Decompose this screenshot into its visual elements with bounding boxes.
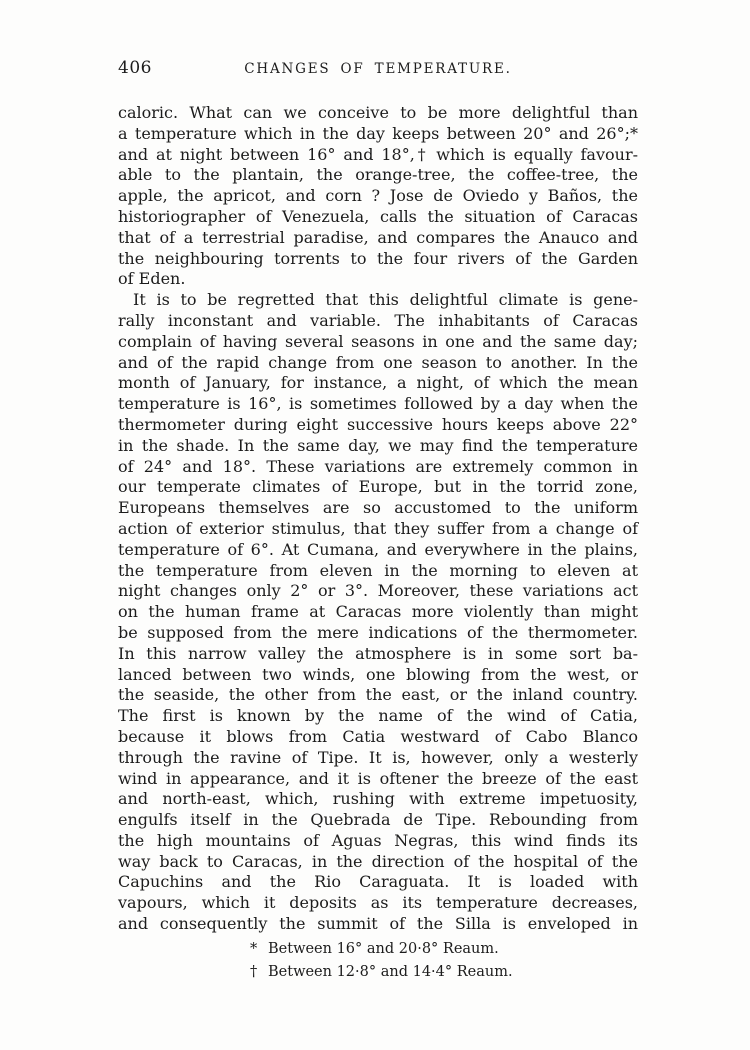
- text-line: wind in appearance, and it is oftener th…: [118, 769, 638, 790]
- footnote-line: *Between 16° and 20·8° Reaum.: [250, 938, 650, 961]
- text-line: vapours, which it deposits as its temper…: [118, 893, 638, 914]
- text-line: lanced between two winds, one blowing fr…: [118, 665, 638, 686]
- text-line: of 24° and 18°. These variations are ext…: [118, 457, 638, 478]
- running-title: CHANGES OF TEMPERATURE.: [118, 61, 638, 77]
- footnote-symbol: *: [250, 938, 268, 961]
- footnote-symbol: †: [250, 961, 268, 984]
- footnotes: *Between 16° and 20·8° Reaum.†Between 12…: [250, 938, 650, 983]
- text-line: It is to be regretted that this delightf…: [118, 290, 638, 311]
- body-text: caloric. What can we conceive to be more…: [118, 103, 638, 935]
- text-line: caloric. What can we conceive to be more…: [118, 103, 638, 124]
- text-line: engulfs itself in the Quebrada de Tipe. …: [118, 810, 638, 831]
- text-line: The first is known by the name of the wi…: [118, 706, 638, 727]
- footnote-text: Between 16° and 20·8° Reaum.: [268, 938, 650, 961]
- text-line: be supposed from the mere indications of…: [118, 623, 638, 644]
- text-line: month of January, for instance, a night,…: [118, 373, 638, 394]
- text-line: temperature of 6°. At Cumana, and everyw…: [118, 540, 638, 561]
- text-line: Capuchins and the Rio Caraguata. It is l…: [118, 872, 638, 893]
- text-line: because it blows from Catia westward of …: [118, 727, 638, 748]
- text-line: and consequently the summit of the Silla…: [118, 914, 638, 935]
- text-line: historiographer of Venezuela, calls the …: [118, 207, 638, 228]
- text-line: able to the plantain, the orange-tree, t…: [118, 165, 638, 186]
- text-line: on the human frame at Caracas more viole…: [118, 602, 638, 623]
- text-line: the high mountains of Aguas Negras, this…: [118, 831, 638, 852]
- text-line: the seaside, the other from the east, or…: [118, 685, 638, 706]
- page-header: 406 CHANGES OF TEMPERATURE.: [118, 58, 638, 80]
- text-line: Europeans themselves are so accustomed t…: [118, 498, 638, 519]
- text-line: night changes only 2° or 3°. Moreover, t…: [118, 581, 638, 602]
- text-line: action of exterior stimulus, that they s…: [118, 519, 638, 540]
- text-line: our temperate climates of Europe, but in…: [118, 477, 638, 498]
- text-line: of Eden.: [118, 269, 638, 290]
- text-line: in the shade. In the same day, we may fi…: [118, 436, 638, 457]
- footnote-text: Between 12·8° and 14·4° Reaum.: [268, 961, 650, 984]
- text-line: the temperature from eleven in the morni…: [118, 561, 638, 582]
- text-line: and north-east, which, rushing with extr…: [118, 789, 638, 810]
- text-line: a temperature which in the day keeps bet…: [118, 124, 638, 145]
- text-line: temperature is 16°, is sometimes followe…: [118, 394, 638, 415]
- text-line: complain of having several seasons in on…: [118, 332, 638, 353]
- text-line: thermometer during eight successive hour…: [118, 415, 638, 436]
- footnote-line: †Between 12·8° and 14·4° Reaum.: [250, 961, 650, 984]
- text-line: apple, the apricot, and corn ? Jose de O…: [118, 186, 638, 207]
- text-line: that of a terrestrial paradise, and comp…: [118, 228, 638, 249]
- text-line: the neighbouring torrents to the four ri…: [118, 249, 638, 270]
- text-line: and at night between 16° and 18°,† which…: [118, 145, 638, 166]
- book-page: 406 CHANGES OF TEMPERATURE. caloric. Wha…: [0, 0, 750, 1050]
- text-line: way back to Caracas, in the direction of…: [118, 852, 638, 873]
- text-line: through the ravine of Tipe. It is, howev…: [118, 748, 638, 769]
- text-line: rally inconstant and variable. The inhab…: [118, 311, 638, 332]
- text-line: In this narrow valley the atmosphere is …: [118, 644, 638, 665]
- text-line: and of the rapid change from one season …: [118, 353, 638, 374]
